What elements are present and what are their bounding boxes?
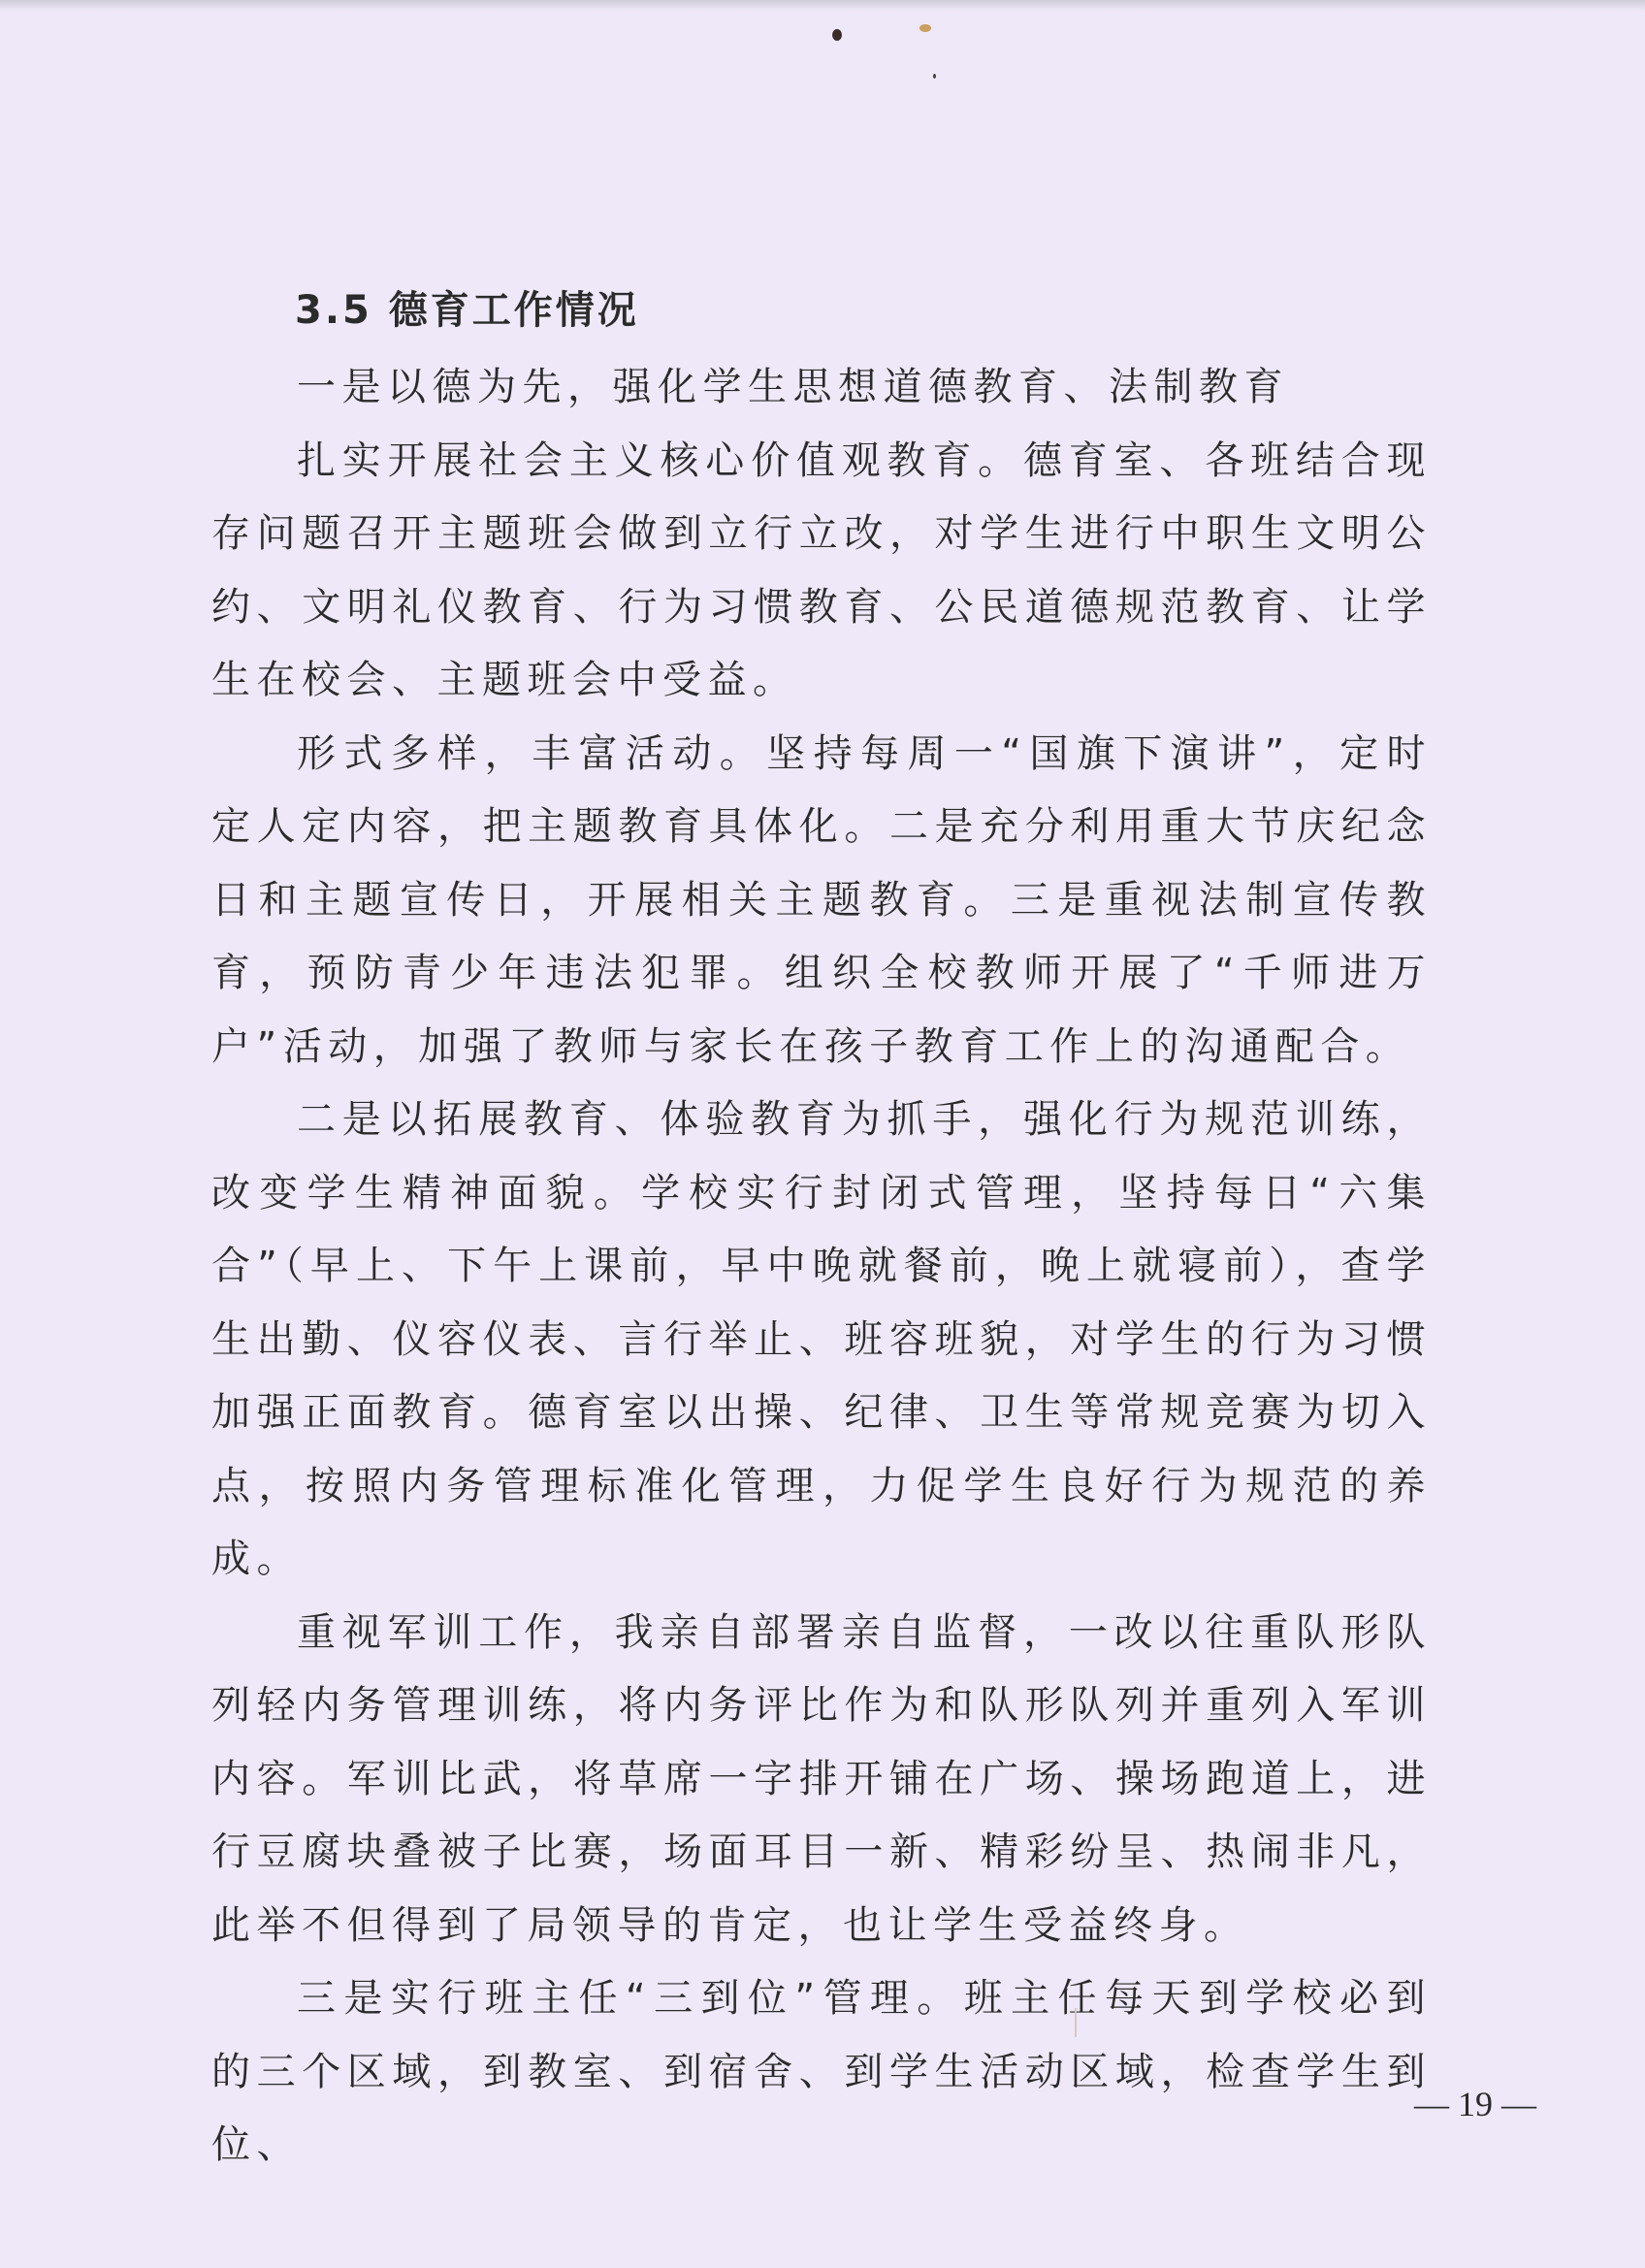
paragraph: 重视军训工作，我亲自部署亲自监督，一改以往重队形队列轻内务管理训练，将内务评比作…	[211, 1597, 1432, 1963]
scan-speck	[832, 29, 842, 41]
section-heading: 3.5 德育工作情况	[295, 279, 639, 335]
paragraph: 扎实开展社会主义核心价值观教育。德育室、各班结合现存问题召开主题班会做到立行立改…	[211, 425, 1432, 718]
page-number: — 19 —	[1414, 2084, 1536, 2124]
paragraph: 一是以德为先，强化学生思想道德教育、法制教育	[211, 351, 1432, 425]
scan-top-edge	[0, 0, 1645, 12]
scan-speck	[933, 74, 936, 79]
paragraph: 二是以拓展教育、体验教育为抓手，强化行为规范训练，改变学生精神面貌。学校实行封闭…	[211, 1084, 1432, 1597]
scan-mark	[1075, 2008, 1077, 2037]
document-body: 一是以德为先，强化学生思想道德教育、法制教育 扎实开展社会主义核心价值观教育。德…	[211, 351, 1432, 2183]
scan-speck	[919, 24, 931, 32]
paragraph: 三是实行班主任“三到位”管理。班主任每天到学校必到的三个区域，到教室、到宿舍、到…	[211, 1962, 1432, 2183]
paragraph: 形式多样，丰富活动。坚持每周一“国旗下演讲”，定时定人定内容，把主题教育具体化。…	[211, 718, 1432, 1085]
